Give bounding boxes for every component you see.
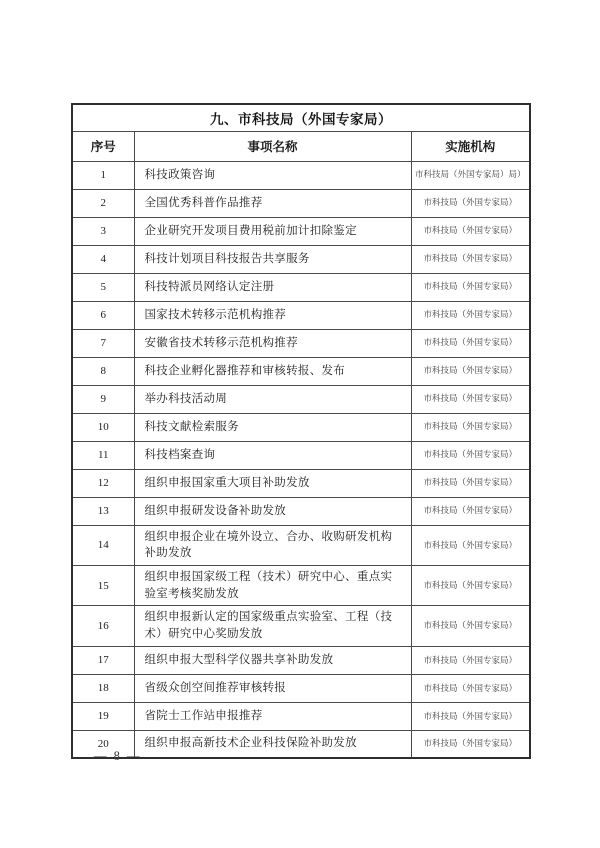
cell-agency: 市科技局（外国专家局） — [411, 497, 530, 525]
header-name: 事项名称 — [134, 131, 411, 161]
table-row: 5 科技特派员网络认定注册 市科技局（外国专家局） — [72, 273, 530, 301]
table-row: 2 全国优秀科普作品推荐 市科技局（外国专家局） — [72, 189, 530, 217]
cell-index: 12 — [72, 469, 134, 497]
cell-index: 4 — [72, 245, 134, 273]
cell-agency: 市科技局（外国专家局） — [411, 357, 530, 385]
table-row: 11 科技档案查询 市科技局（外国专家局） — [72, 441, 530, 469]
cell-agency: 市科技局（外国专家局） — [411, 273, 530, 301]
table-row: 19 省院士工作站申报推荐 市科技局（外国专家局） — [72, 702, 530, 730]
table-row: 7 安徽省技术转移示范机构推荐 市科技局（外国专家局） — [72, 329, 530, 357]
table-row: 12 组织申报国家重大项目补助发放 市科技局（外国专家局） — [72, 469, 530, 497]
table-header-row: 序号 事项名称 实施机构 — [72, 131, 530, 161]
header-agency: 实施机构 — [411, 131, 530, 161]
cell-agency: 市科技局（外国专家局） — [411, 730, 530, 758]
cell-index: 6 — [72, 301, 134, 329]
header-index: 序号 — [72, 131, 134, 161]
cell-name: 组织申报新认定的国家级重点实验室、工程（技术）研究中心奖励发放 — [134, 606, 411, 646]
table-head: 九、市科技局（外国专家局） 序号 事项名称 实施机构 — [72, 104, 530, 161]
cell-index: 13 — [72, 497, 134, 525]
table-row: 13 组织申报研发设备补助发放 市科技局（外国专家局） — [72, 497, 530, 525]
cell-name: 国家技术转移示范机构推荐 — [134, 301, 411, 329]
table-row: 1 科技政策咨询 市科技局（外国专家局）局） — [72, 161, 530, 189]
cell-agency: 市科技局（外国专家局） — [411, 674, 530, 702]
table-row: 16 组织申报新认定的国家级重点实验室、工程（技术）研究中心奖励发放 市科技局（… — [72, 606, 530, 646]
cell-index: 7 — [72, 329, 134, 357]
document-page: 九、市科技局（外国专家局） 序号 事项名称 实施机构 1 科技政策咨询 市科技局… — [0, 0, 600, 848]
cell-index: 1 — [72, 161, 134, 189]
cell-agency: 市科技局（外国专家局） — [411, 565, 530, 605]
cell-agency: 市科技局（外国专家局） — [411, 702, 530, 730]
cell-name: 省级众创空间推荐审核转报 — [134, 674, 411, 702]
cell-agency: 市科技局（外国专家局） — [411, 469, 530, 497]
cell-name: 组织申报企业在境外设立、合办、收购研发机构补助发放 — [134, 525, 411, 565]
cell-name: 组织申报大型科学仪器共享补助发放 — [134, 646, 411, 674]
table-row: 9 举办科技活动周 市科技局（外国专家局） — [72, 385, 530, 413]
table-row: 3 企业研究开发项目费用税前加计扣除鉴定 市科技局（外国专家局） — [72, 217, 530, 245]
cell-index: 11 — [72, 441, 134, 469]
cell-index: 9 — [72, 385, 134, 413]
cell-index: 18 — [72, 674, 134, 702]
cell-index: 14 — [72, 525, 134, 565]
cell-name: 科技企业孵化器推荐和审核转报、发布 — [134, 357, 411, 385]
table-container: 九、市科技局（外国专家局） 序号 事项名称 实施机构 1 科技政策咨询 市科技局… — [71, 103, 529, 759]
cell-name: 科技档案查询 — [134, 441, 411, 469]
cell-index: 8 — [72, 357, 134, 385]
cell-index: 16 — [72, 606, 134, 646]
cell-name: 全国优秀科普作品推荐 — [134, 189, 411, 217]
table-title: 九、市科技局（外国专家局） — [72, 104, 530, 131]
table-row: 6 国家技术转移示范机构推荐 市科技局（外国专家局） — [72, 301, 530, 329]
cell-name: 科技计划项目科技报告共享服务 — [134, 245, 411, 273]
cell-agency: 市科技局（外国专家局） — [411, 525, 530, 565]
cell-name: 科技政策咨询 — [134, 161, 411, 189]
table-body: 1 科技政策咨询 市科技局（外国专家局）局） 2 全国优秀科普作品推荐 市科技局… — [72, 161, 530, 758]
cell-agency: 市科技局（外国专家局） — [411, 217, 530, 245]
cell-agency: 市科技局（外国专家局）局） — [411, 161, 530, 189]
cell-agency: 市科技局（外国专家局） — [411, 441, 530, 469]
cell-index: 19 — [72, 702, 134, 730]
cell-agency: 市科技局（外国专家局） — [411, 329, 530, 357]
table-row: 4 科技计划项目科技报告共享服务 市科技局（外国专家局） — [72, 245, 530, 273]
cell-index: 15 — [72, 565, 134, 605]
cell-index: 10 — [72, 413, 134, 441]
cell-agency: 市科技局（外国专家局） — [411, 606, 530, 646]
table-row: 14 组织申报企业在境外设立、合办、收购研发机构补助发放 市科技局（外国专家局） — [72, 525, 530, 565]
cell-index: 5 — [72, 273, 134, 301]
cell-name: 组织申报高新技术企业科技保险补助发放 — [134, 730, 411, 758]
items-table: 九、市科技局（外国专家局） 序号 事项名称 实施机构 1 科技政策咨询 市科技局… — [71, 103, 531, 759]
cell-name: 组织申报研发设备补助发放 — [134, 497, 411, 525]
cell-name: 组织申报国家级工程（技术）研究中心、重点实验室考核奖励发放 — [134, 565, 411, 605]
table-title-row: 九、市科技局（外国专家局） — [72, 104, 530, 131]
cell-agency: 市科技局（外国专家局） — [411, 245, 530, 273]
cell-name: 举办科技活动周 — [134, 385, 411, 413]
cell-index: 3 — [72, 217, 134, 245]
table-row: 17 组织申报大型科学仪器共享补助发放 市科技局（外国专家局） — [72, 646, 530, 674]
cell-name: 科技特派员网络认定注册 — [134, 273, 411, 301]
page-number: — 8 — — [94, 749, 142, 764]
cell-index: 17 — [72, 646, 134, 674]
cell-name: 科技文献检索服务 — [134, 413, 411, 441]
cell-name: 企业研究开发项目费用税前加计扣除鉴定 — [134, 217, 411, 245]
cell-agency: 市科技局（外国专家局） — [411, 413, 530, 441]
table-row: 8 科技企业孵化器推荐和审核转报、发布 市科技局（外国专家局） — [72, 357, 530, 385]
cell-agency: 市科技局（外国专家局） — [411, 301, 530, 329]
cell-agency: 市科技局（外国专家局） — [411, 385, 530, 413]
table-row: 18 省级众创空间推荐审核转报 市科技局（外国专家局） — [72, 674, 530, 702]
cell-index: 2 — [72, 189, 134, 217]
cell-agency: 市科技局（外国专家局） — [411, 646, 530, 674]
cell-name: 安徽省技术转移示范机构推荐 — [134, 329, 411, 357]
cell-name: 省院士工作站申报推荐 — [134, 702, 411, 730]
cell-agency: 市科技局（外国专家局） — [411, 189, 530, 217]
table-row: 10 科技文献检索服务 市科技局（外国专家局） — [72, 413, 530, 441]
table-row: 15 组织申报国家级工程（技术）研究中心、重点实验室考核奖励发放 市科技局（外国… — [72, 565, 530, 605]
cell-name: 组织申报国家重大项目补助发放 — [134, 469, 411, 497]
